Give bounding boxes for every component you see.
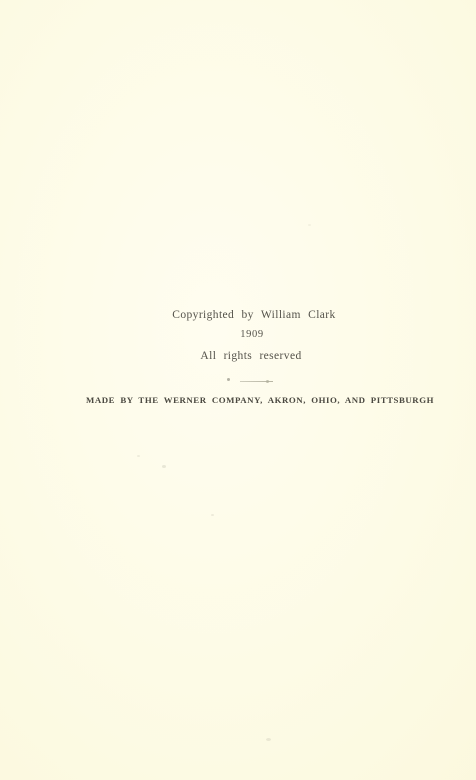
printer-imprint: MADE BY THE WERNER COMPANY, AKRON, OHIO,… (22, 395, 476, 405)
rights-reserved-statement: All rights reserved (13, 350, 476, 362)
scan-speck (211, 514, 214, 516)
scan-speck (266, 738, 271, 741)
copyright-year: 1909 (14, 329, 476, 340)
copyright-statement: Copyrighted by William Clark (16, 309, 476, 321)
asterisk-ornament-icon (227, 378, 230, 381)
scan-speck (137, 455, 140, 457)
scan-speck (308, 224, 311, 226)
ornament-divider (0, 375, 476, 387)
divider-rule-end-dot (266, 380, 269, 383)
scan-speck (162, 465, 166, 468)
book-page: Copyrighted by William Clark 1909 All ri… (0, 0, 476, 780)
